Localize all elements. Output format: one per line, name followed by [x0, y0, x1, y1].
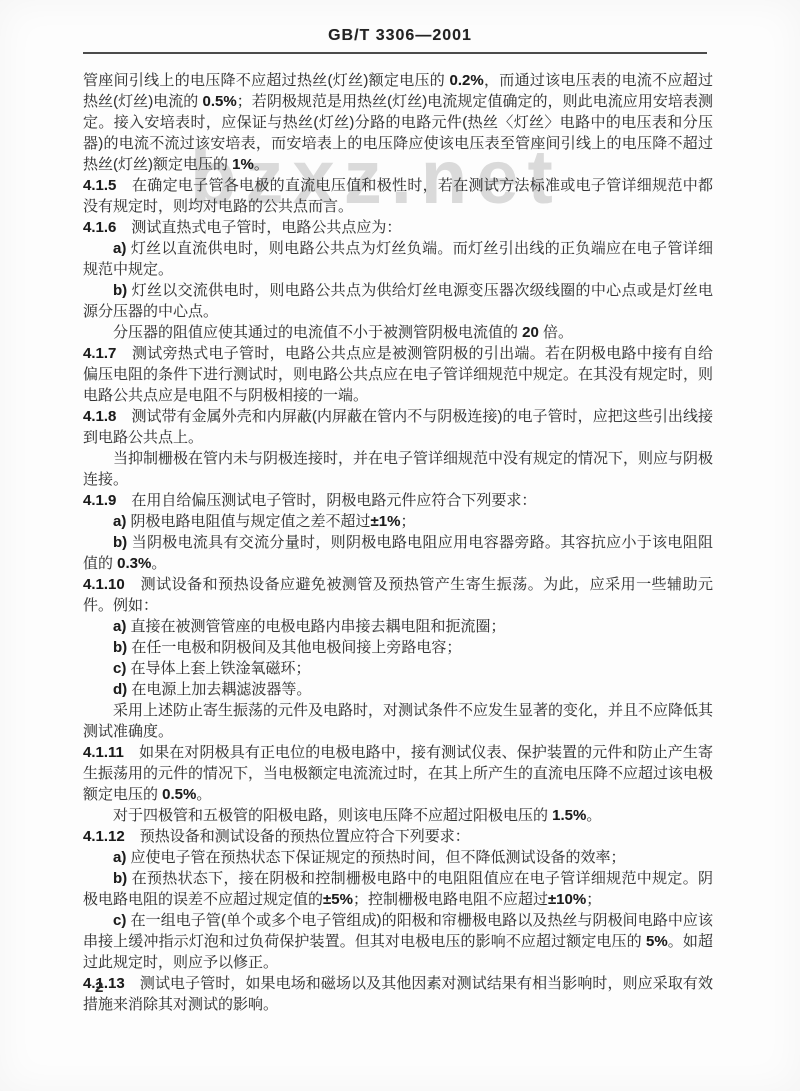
- body-text: 阴极电路电阻值与规定值之差不超过: [126, 513, 370, 530]
- body-text: ；: [586, 891, 601, 908]
- body-text: 测试设备和预热设备应避免被测管及预热管产生寄生振荡。为此，应采用一些辅助元件。例…: [83, 576, 713, 614]
- emphasis-text: 5%: [646, 933, 668, 950]
- body-text: 当阴极电流具有交流分量时，则阴极电路电阻应用电容器旁路。其容抗应小于该电阻阻值的: [83, 534, 713, 572]
- body-text: 测试旁热式电子管时，电路公共点应是被测管阴极的引出端。若在阴极电路中接有自给偏压…: [83, 345, 713, 404]
- paragraph-clause: 4.1.7 测试旁热式电子管时，电路公共点应是被测管阴极的引出端。若在阴极电路中…: [83, 343, 713, 406]
- emphasis-text: a): [113, 513, 126, 530]
- paragraph-continuation: 管座间引线上的电压降不应超过热丝(灯丝)额定电压的 0.2%，而通过该电压表的电…: [83, 70, 713, 175]
- body-text: 管座间引线上的电压降不应超过热丝(灯丝)额定电压的: [83, 72, 450, 89]
- body-text: 。: [196, 786, 211, 803]
- body-text: 。: [254, 156, 269, 173]
- emphasis-text: 0.3%: [117, 555, 151, 572]
- body-text: 测试电子管时，如果电场和磁场以及其他因素对测试结果有相当影响时，则应采取有效措施…: [83, 975, 713, 1013]
- paragraph-item: b) 当阴极电流具有交流分量时，则阴极电路电阻应用电容器旁路。其容抗应小于该电阻…: [83, 532, 713, 574]
- paragraph-item: a) 阴极电路电阻值与规定值之差不超过±1%；: [83, 511, 713, 532]
- page-header: GB/T 3306—2001: [0, 0, 800, 54]
- emphasis-text: 4.1.10: [83, 576, 125, 593]
- page-number: 2: [95, 979, 103, 996]
- emphasis-text: 4.1.7: [83, 345, 116, 362]
- body-text: 分压器的阻值应使其通过的电流值不小于被测管阴极电流值的: [113, 324, 522, 341]
- body-text: 在任一电极和阴极间及其他电极间接上旁路电容；: [127, 639, 461, 656]
- paragraph-item: b) 在预热状态下，接在阴极和控制栅极电路中的电阻阻值应在电子管详细规范中规定。…: [83, 868, 713, 910]
- paragraph-clause: 4.1.6 测试直热式电子管时，电路公共点应为：: [83, 217, 713, 238]
- body-text: ；控制栅极电路电阻不应超过: [353, 891, 548, 908]
- document-page: GB/T 3306—2001 bzxz.net 管座间引线上的电压降不应超过热丝…: [0, 0, 800, 1091]
- emphasis-text: 4.1.13: [83, 975, 125, 992]
- emphasis-text: 0.2%: [450, 72, 484, 89]
- emphasis-text: ±1%: [371, 513, 401, 530]
- body-text: ；: [400, 513, 415, 530]
- emphasis-text: b): [113, 534, 127, 551]
- body-text: 应使电子管在预热状态下保证规定的预热时间，但不降低测试设备的效率；: [126, 849, 625, 866]
- paragraph-item: a) 灯丝以直流供电时，则电路公共点为灯丝负端。而灯丝引出线的正负端应在电子管详…: [83, 238, 713, 280]
- emphasis-text: 4.1.8: [83, 408, 116, 425]
- body-text: 对于四极管和五极管的阳极电路，则该电压降不应超过阳极电压的: [113, 807, 552, 824]
- paragraph-item: b) 在任一电极和阴极间及其他电极间接上旁路电容；: [83, 637, 713, 658]
- paragraph-item: b) 灯丝以交流供电时，则电路公共点为供给灯丝电源变压器次级线圈的中心点或是灯丝…: [83, 280, 713, 322]
- paragraph-item: d) 在电源上加去耦滤波器等。: [83, 679, 713, 700]
- paragraph-plain: 分压器的阻值应使其通过的电流值不小于被测管阴极电流值的 20 倍。: [83, 322, 713, 343]
- paragraph-clause: 4.1.8 测试带有金属外壳和内屏蔽(内屏蔽在管内不与阴极连接)的电子管时，应把…: [83, 406, 713, 448]
- emphasis-text: b): [113, 282, 127, 299]
- paragraph-plain: 当抑制栅极在管内未与阴极连接时，并在电子管详细规范中没有规定的情况下，则应与阴极…: [83, 448, 713, 490]
- body-text: 直接在被测管管座的电极电路内串接去耦电阻和扼流圈；: [126, 618, 505, 635]
- paragraph-clause: 4.1.10 测试设备和预热设备应避免被测管及预热管产生寄生振荡。为此，应采用一…: [83, 574, 713, 616]
- emphasis-text: 4.1.9: [83, 492, 116, 509]
- body-text: 在导体上套上铁淦氧磁环；: [126, 660, 310, 677]
- paragraph-clause: 4.1.5 在确定电子管各电极的直流电压值和极性时，若在测试方法标准或电子管详细…: [83, 175, 713, 217]
- body-text: 测试直热式电子管时，电路公共点应为：: [116, 219, 401, 236]
- body-text: 采用上述防止寄生振荡的元件及电路时，对测试条件不应发生显著的变化，并且不应降低其…: [83, 702, 713, 740]
- body-text: 灯丝以直流供电时，则电路公共点为灯丝负端。而灯丝引出线的正负端应在电子管详细规范…: [83, 240, 713, 278]
- body-text: 在用自给偏压测试电子管时，阴极电路元件应符合下列要求：: [116, 492, 536, 509]
- body-text: 在确定电子管各电极的直流电压值和极性时，若在测试方法标准或电子管详细规范中都没有…: [83, 177, 713, 215]
- emphasis-text: 1%: [232, 156, 254, 173]
- paragraph-item: c) 在一组电子管(单个或多个电子管组成)的阳极和帘栅极电路以及热丝与阴极间电路…: [83, 910, 713, 973]
- emphasis-text: c): [113, 912, 126, 929]
- emphasis-text: d): [113, 681, 127, 698]
- body-text: 在电源上加去耦滤波器等。: [127, 681, 311, 698]
- body-text: 预热设备和测试设备的预热位置应符合下列要求：: [125, 828, 470, 845]
- paragraph-item: a) 直接在被测管管座的电极电路内串接去耦电阻和扼流圈；: [83, 616, 713, 637]
- emphasis-text: c): [113, 660, 126, 677]
- body-text: 测试带有金属外壳和内屏蔽(内屏蔽在管内不与阴极连接)的电子管时，应把这些引出线接…: [83, 408, 713, 446]
- paragraph-plain: 对于四极管和五极管的阳极电路，则该电压降不应超过阳极电压的 1.5%。: [83, 805, 713, 826]
- paragraph-clause: 4.1.9 在用自给偏压测试电子管时，阴极电路元件应符合下列要求：: [83, 490, 713, 511]
- emphasis-text: 4.1.6: [83, 219, 116, 236]
- emphasis-text: a): [113, 849, 126, 866]
- emphasis-text: 4.1.11: [83, 744, 124, 761]
- emphasis-text: ±10%: [548, 891, 586, 908]
- emphasis-text: b): [113, 870, 127, 887]
- emphasis-text: a): [113, 618, 126, 635]
- paragraph-clause: 4.1.12 预热设备和测试设备的预热位置应符合下列要求：: [83, 826, 713, 847]
- emphasis-text: 1.5%: [552, 807, 586, 824]
- emphasis-text: 0.5%: [203, 93, 237, 110]
- document-body: 管座间引线上的电压降不应超过热丝(灯丝)额定电压的 0.2%，而通过该电压表的电…: [83, 70, 713, 1015]
- emphasis-text: a): [113, 240, 126, 257]
- paragraph-clause: 4.1.13 测试电子管时，如果电场和磁场以及其他因素对测试结果有相当影响时，则…: [83, 973, 713, 1015]
- emphasis-text: 4.1.12: [83, 828, 125, 845]
- emphasis-text: 20: [522, 324, 539, 341]
- emphasis-text: ±5%: [323, 891, 353, 908]
- body-text: 倍。: [539, 324, 573, 341]
- paragraph-clause: 4.1.11 如果在对阴极具有正电位的电极电路中，接有测试仪表、保护装置的元件和…: [83, 742, 713, 805]
- body-text: 当抑制栅极在管内未与阴极连接时，并在电子管详细规范中没有规定的情况下，则应与阴极…: [83, 450, 713, 488]
- body-text: 灯丝以交流供电时，则电路公共点为供给灯丝电源变压器次级线圈的中心点或是灯丝电源分…: [83, 282, 713, 320]
- header-rule: [83, 52, 707, 54]
- paragraph-item: a) 应使电子管在预热状态下保证规定的预热时间，但不降低测试设备的效率；: [83, 847, 713, 868]
- standard-number: GB/T 3306—2001: [0, 0, 800, 45]
- body-text: 。: [151, 555, 166, 572]
- emphasis-text: 4.1.5: [83, 177, 116, 194]
- paragraph-plain: 采用上述防止寄生振荡的元件及电路时，对测试条件不应发生显著的变化，并且不应降低其…: [83, 700, 713, 742]
- body-text: 。: [586, 807, 601, 824]
- body-text: 在一组电子管(单个或多个电子管组成)的阳极和帘栅极电路以及热丝与阴极间电路中应该…: [83, 912, 713, 950]
- emphasis-text: 0.5%: [162, 786, 196, 803]
- emphasis-text: b): [113, 639, 127, 656]
- paragraph-item: c) 在导体上套上铁淦氧磁环；: [83, 658, 713, 679]
